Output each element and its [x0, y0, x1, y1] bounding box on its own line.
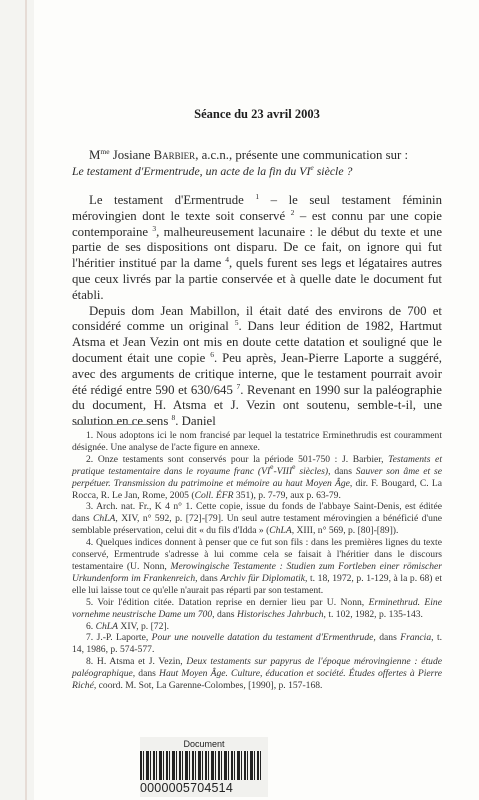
presenter-line: Mme Josiane Barbier, a.c.n., présente un…	[72, 147, 442, 163]
subject-text: Le testament d'Ermentrude, un acte de la…	[72, 164, 310, 178]
footnote-text: , dans	[373, 632, 400, 643]
paragraph-1: Le testament d'Ermentrude 1 – le seul te…	[72, 193, 442, 304]
footnote-text: , dans	[212, 609, 237, 620]
title-prefix-sup: me	[100, 147, 109, 156]
communication-intro: Mme Josiane Barbier, a.c.n., présente un…	[72, 147, 442, 179]
footnote-text: 8. H. Atsma et J. Vezin,	[86, 656, 186, 667]
footnote-title: Historisches Jahrbuch	[237, 609, 324, 620]
footnote-text: , t. 102, 1982, p. 135-143.	[324, 609, 423, 620]
footnote-text: , dans	[195, 573, 220, 584]
footnote-title: Coll. ÉFR	[195, 490, 234, 501]
footnote-title: Francia	[400, 632, 431, 643]
footnote-title: -VIII	[274, 466, 293, 477]
paragraph-2: Depuis dom Jean Mabillon, il était daté …	[72, 304, 442, 430]
text-span: Le testament d'Ermentrude	[89, 193, 255, 207]
footnote-text: , coord. M. Sot, La Garenne-Colombes, [1…	[94, 680, 323, 691]
footnote-title: siècles)	[296, 466, 329, 477]
footnote-1: 1. Nous adoptons ici le nom francisé par…	[72, 430, 442, 454]
footnote-title: ChLA	[96, 621, 118, 632]
footnote-3: 3. Arch. nat. Fr., K 4 n° 1. Cette copie…	[72, 501, 442, 537]
footnote-2: 2. Onze testaments sont conservés pour l…	[72, 454, 442, 502]
communication-subject: Le testament d'Ermentrude, un acte de la…	[72, 163, 442, 179]
main-text: Le testament d'Ermentrude 1 – le seul te…	[72, 193, 442, 430]
footnote-text: , XIII, n° 569, p. [80]-[89]).	[292, 525, 399, 536]
footnote-title: Archiv für Diplomatik	[220, 573, 305, 584]
footnote-text: 2. Onze testaments sont conservés pour l…	[86, 454, 388, 465]
footnotes: 1. Nous adoptons ici le nom francisé par…	[72, 430, 442, 692]
footnote-separator	[74, 424, 149, 425]
footnote-text: 5. Voir l'édition citée. Datation repris…	[86, 597, 369, 608]
footnote-text: XIV, p. [72].	[118, 621, 169, 632]
footnote-5: 5. Voir l'édition citée. Datation repris…	[72, 597, 442, 621]
barcode-label: Document	[140, 739, 268, 749]
footnote-text: , dans	[328, 466, 356, 477]
text-span: . Daniel	[175, 414, 216, 428]
barcode-bars	[140, 751, 262, 780]
footnote-6: 6. ChLA XIV, p. [72].	[72, 621, 442, 633]
footnote-text: 7. J.-P. Laporte,	[86, 632, 152, 643]
footnote-title: ChLA	[269, 525, 291, 536]
book-gutter	[0, 0, 34, 800]
footnote-text: 1. Nous adoptons ici le nom francisé par…	[72, 430, 442, 453]
footnote-text: , dans	[133, 668, 159, 679]
presenter-last-name: Barbier	[154, 148, 196, 162]
presenter-first-name: Josiane	[110, 148, 154, 162]
footnote-7: 7. J.-P. Laporte, Pour une nouvelle data…	[72, 632, 442, 656]
session-title: Séance du 23 avril 2003	[72, 107, 442, 122]
footnote-4: 4. Quelques indices donnent à penser que…	[72, 537, 442, 597]
gutter-line	[25, 0, 27, 800]
barcode-number: 0000005704514	[140, 781, 268, 795]
title-prefix: M	[89, 148, 100, 162]
footnote-text: 6.	[86, 621, 96, 632]
library-barcode-label: Document 0000005704514	[140, 737, 268, 797]
footnote-text: 351), p. 7-79, aux p. 63-79.	[233, 490, 340, 501]
subject-end: siècle ?	[314, 164, 353, 178]
footnote-8: 8. H. Atsma et J. Vezin, Deux testaments…	[72, 656, 442, 692]
footnote-title: Pour une nouvelle datation du testament …	[152, 632, 374, 643]
footnote-title: ChLA	[93, 513, 115, 524]
presenter-rest: , a.c.n., présente une communication sur…	[195, 148, 408, 162]
